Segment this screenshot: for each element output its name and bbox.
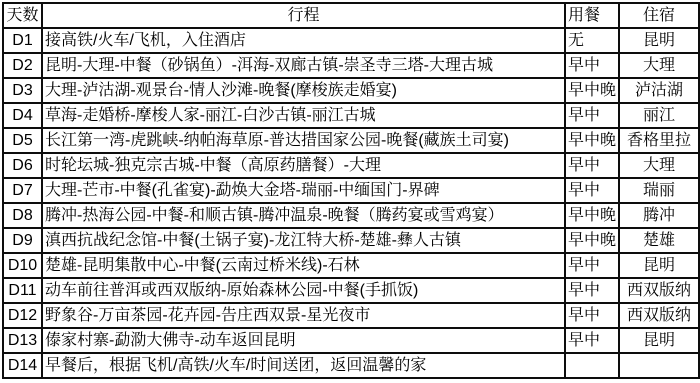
- lodging-cell: 香格里拉: [619, 128, 699, 153]
- day-cell: D4: [3, 103, 42, 128]
- day-cell: D1: [3, 28, 42, 53]
- table-row: D7大理-芒市-中餐(孔雀宴)-勐焕大金塔-瑞丽-中缅国门-界碑早中瑞丽: [3, 178, 699, 203]
- itinerary-cell: 滇西抗战纪念馆-中餐(土锅子宴)-龙江特大桥-楚雄-彝人古镇: [42, 228, 565, 253]
- header-meals: 用餐: [565, 3, 619, 28]
- table-row: D1接高铁/火车/飞机，入住酒店无昆明: [3, 28, 699, 53]
- meals-cell: 早中: [565, 178, 619, 203]
- day-cell: D13: [3, 328, 42, 353]
- day-cell: D9: [3, 228, 42, 253]
- table-header-row: 天数 行程 用餐 住宿: [3, 3, 699, 28]
- table-body: D1接高铁/火车/飞机，入住酒店无昆明D2昆明-大理-中餐（砂锅鱼）-洱海-双廊…: [3, 28, 699, 378]
- itinerary-cell: 草海-走婚桥-摩梭人家-丽江-白沙古镇-丽江古城: [42, 103, 565, 128]
- itinerary-cell: 大理-芒市-中餐(孔雀宴)-勐焕大金塔-瑞丽-中缅国门-界碑: [42, 178, 565, 203]
- itinerary-table: 天数 行程 用餐 住宿 D1接高铁/火车/飞机，入住酒店无昆明D2昆明-大理-中…: [2, 2, 700, 379]
- lodging-cell: 腾冲: [619, 203, 699, 228]
- day-cell: D8: [3, 203, 42, 228]
- lodging-cell: 大理: [619, 53, 699, 78]
- meals-cell: 早中: [565, 153, 619, 178]
- lodging-cell: 丽江: [619, 103, 699, 128]
- table-row: D8腾冲-热海公园-中餐-和顺古镇-腾冲温泉-晚餐（腾药宴或雪鸡宴）早中晚腾冲: [3, 203, 699, 228]
- day-cell: D12: [3, 303, 42, 328]
- itinerary-cell: 腾冲-热海公园-中餐-和顺古镇-腾冲温泉-晚餐（腾药宴或雪鸡宴）: [42, 203, 565, 228]
- itinerary-cell: 傣家村寨-勐泐大佛寺-动车返回昆明: [42, 328, 565, 353]
- meals-cell: 早中: [565, 253, 619, 278]
- itinerary-cell: 动车前往普洱或西双版纳-原始森林公园-中餐(手抓饭): [42, 278, 565, 303]
- header-itinerary: 行程: [42, 3, 565, 28]
- header-day: 天数: [3, 3, 42, 28]
- lodging-cell: 瑞丽: [619, 178, 699, 203]
- itinerary-cell: 野象谷-万亩茶园-花卉园-告庄西双景-星光夜市: [42, 303, 565, 328]
- itinerary-cell: 昆明-大理-中餐（砂锅鱼）-洱海-双廊古镇-崇圣寺三塔-大理古城: [42, 53, 565, 78]
- day-cell: D5: [3, 128, 42, 153]
- table-row: D6时轮坛城-独克宗古城-中餐（高原药膳餐）-大理早中大理: [3, 153, 699, 178]
- lodging-cell: 泸沽湖: [619, 78, 699, 103]
- day-cell: D14: [3, 353, 42, 378]
- table-row: D3大理-泸沽湖-观景台-情人沙滩-晚餐(摩梭族走婚宴)早中晚泸沽湖: [3, 78, 699, 103]
- meals-cell: [565, 353, 619, 378]
- table-row: D11动车前往普洱或西双版纳-原始森林公园-中餐(手抓饭)早中西双版纳: [3, 278, 699, 303]
- table-row: D4草海-走婚桥-摩梭人家-丽江-白沙古镇-丽江古城早中丽江: [3, 103, 699, 128]
- table-row: D2昆明-大理-中餐（砂锅鱼）-洱海-双廊古镇-崇圣寺三塔-大理古城早中大理: [3, 53, 699, 78]
- lodging-cell: 昆明: [619, 28, 699, 53]
- itinerary-cell: 时轮坛城-独克宗古城-中餐（高原药膳餐）-大理: [42, 153, 565, 178]
- meals-cell: 早中: [565, 278, 619, 303]
- table-row: D13傣家村寨-勐泐大佛寺-动车返回昆明早中昆明: [3, 328, 699, 353]
- lodging-cell: 大理: [619, 153, 699, 178]
- meals-cell: 早中: [565, 328, 619, 353]
- table-row: D5长江第一湾-虎跳峡-纳帕海草原-普达措国家公园-晚餐(藏族土司宴)早中晚香格…: [3, 128, 699, 153]
- day-cell: D7: [3, 178, 42, 203]
- table-row: D12野象谷-万亩茶园-花卉园-告庄西双景-星光夜市早中西双版纳: [3, 303, 699, 328]
- meals-cell: 早中晚: [565, 228, 619, 253]
- lodging-cell: [619, 353, 699, 378]
- itinerary-cell: 早餐后，根据飞机/高铁/火车/时间送团，返回温馨的家: [42, 353, 565, 378]
- lodging-cell: 昆明: [619, 328, 699, 353]
- day-cell: D11: [3, 278, 42, 303]
- meals-cell: 无: [565, 28, 619, 53]
- meals-cell: 早中晚: [565, 128, 619, 153]
- lodging-cell: 楚雄: [619, 228, 699, 253]
- meals-cell: 早中晚: [565, 203, 619, 228]
- itinerary-cell: 接高铁/火车/飞机，入住酒店: [42, 28, 565, 53]
- table-row: D9滇西抗战纪念馆-中餐(土锅子宴)-龙江特大桥-楚雄-彝人古镇早中晚楚雄: [3, 228, 699, 253]
- lodging-cell: 西双版纳: [619, 278, 699, 303]
- itinerary-cell: 大理-泸沽湖-观景台-情人沙滩-晚餐(摩梭族走婚宴): [42, 78, 565, 103]
- header-lodging: 住宿: [619, 3, 699, 28]
- day-cell: D6: [3, 153, 42, 178]
- day-cell: D10: [3, 253, 42, 278]
- lodging-cell: 西双版纳: [619, 303, 699, 328]
- itinerary-page: 天数 行程 用餐 住宿 D1接高铁/火车/飞机，入住酒店无昆明D2昆明-大理-中…: [0, 0, 700, 383]
- meals-cell: 早中: [565, 53, 619, 78]
- meals-cell: 早中: [565, 303, 619, 328]
- meals-cell: 早中: [565, 103, 619, 128]
- itinerary-cell: 楚雄-昆明集散中心-中餐(云南过桥米线)-石林: [42, 253, 565, 278]
- table-row: D14早餐后，根据飞机/高铁/火车/时间送团，返回温馨的家: [3, 353, 699, 378]
- day-cell: D2: [3, 53, 42, 78]
- itinerary-cell: 长江第一湾-虎跳峡-纳帕海草原-普达措国家公园-晚餐(藏族土司宴): [42, 128, 565, 153]
- lodging-cell: 昆明: [619, 253, 699, 278]
- day-cell: D3: [3, 78, 42, 103]
- table-row: D10楚雄-昆明集散中心-中餐(云南过桥米线)-石林早中昆明: [3, 253, 699, 278]
- meals-cell: 早中晚: [565, 78, 619, 103]
